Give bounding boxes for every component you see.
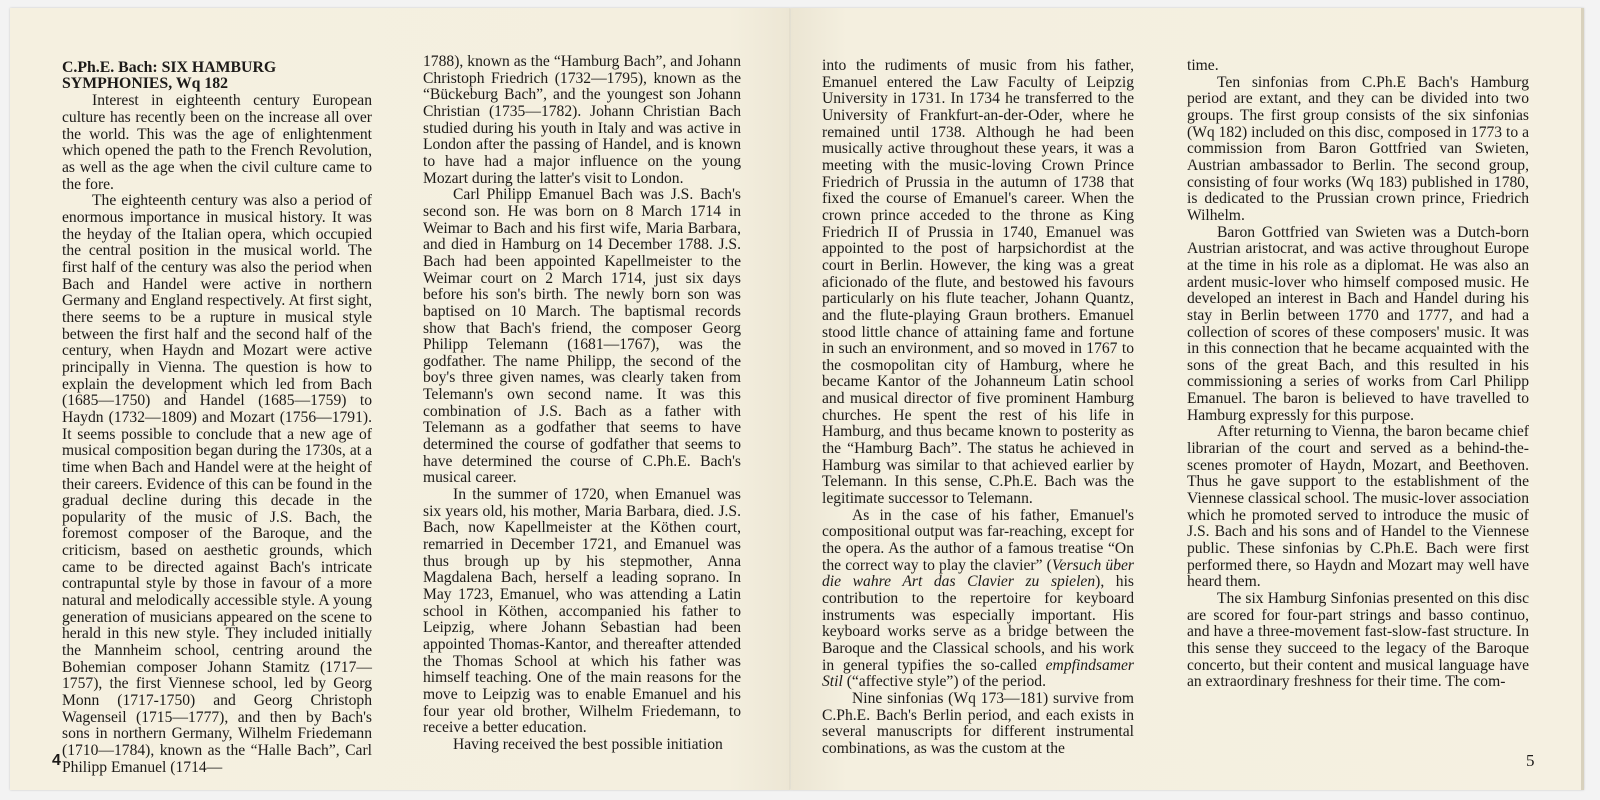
paragraph: Nine sinfonias (Wq 173—181) survive from…: [822, 691, 1134, 758]
column-4: time. Ten sinfonias from C.Ph.E Bach's H…: [1187, 58, 1529, 691]
page-number-left: 4: [52, 752, 61, 770]
page-number-right: 5: [1526, 751, 1535, 771]
paragraph: time.: [1187, 58, 1529, 75]
article-heading: C.Ph.E. Bach: SIX HAMBURG SYMPHONIES, Wq…: [62, 60, 372, 92]
left-page: C.Ph.E. Bach: SIX HAMBURG SYMPHONIES, Wq…: [10, 8, 791, 790]
paragraph: The six Hamburg Sinfonias presented on t…: [1187, 591, 1529, 691]
column-2: 1788), known as the “Hamburg Bach”, and …: [423, 54, 741, 754]
paragraph: In the summer of 1720, when Emanuel was …: [423, 487, 741, 737]
booklet-spread: C.Ph.E. Bach: SIX HAMBURG SYMPHONIES, Wq…: [10, 8, 1588, 790]
paragraph: After returning to Vienna, the baron bec…: [1187, 424, 1529, 591]
column-3: into the rudiments of music from his fat…: [822, 58, 1134, 758]
paragraph: Ten sinfonias from C.Ph.E Bach's Hamburg…: [1187, 75, 1529, 225]
paragraph: Carl Philipp Emanuel Bach was J.S. Bach'…: [423, 187, 741, 487]
column-1: C.Ph.E. Bach: SIX HAMBURG SYMPHONIES, Wq…: [62, 60, 372, 776]
paragraph: The eighteenth century was also a period…: [62, 193, 372, 776]
paragraph: Interest in eighteenth century European …: [62, 93, 372, 193]
paragraph: Having received the best possible initia…: [423, 737, 741, 754]
paragraph: Baron Gottfried van Swieten was a Dutch-…: [1187, 225, 1529, 425]
paragraph-with-italics: As in the case of his father, Emanuel's …: [822, 508, 1134, 691]
paragraph: 1788), known as the “Hamburg Bach”, and …: [423, 54, 741, 187]
text-run: (“affective style”) of the period.: [843, 673, 1046, 690]
paragraph: into the rudiments of music from his fat…: [822, 58, 1134, 508]
